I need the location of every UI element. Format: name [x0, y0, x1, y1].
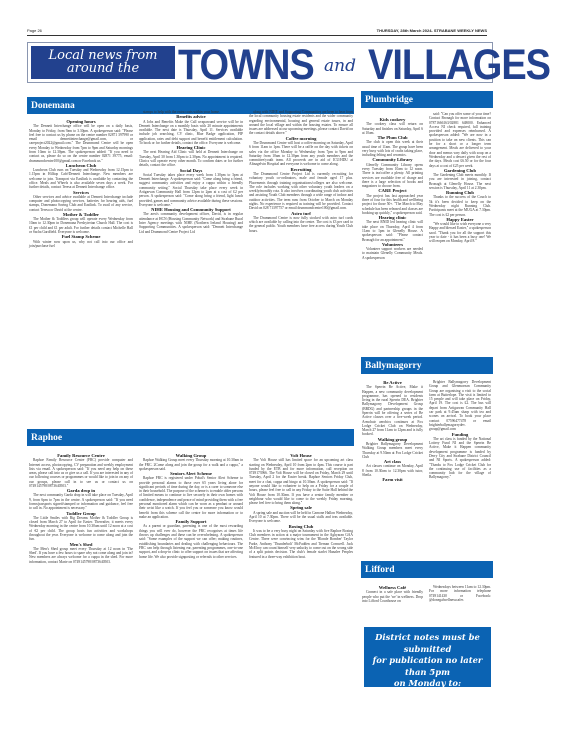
article-body: A Jobs and Benefits Make the Call wrapar… — [139, 120, 243, 146]
article-heading: Farm visit — [362, 477, 423, 482]
article-body: "We would like to wish everyone a very H… — [429, 222, 491, 243]
article-body: The area's community development officer… — [139, 212, 243, 233]
article-body: The Gardening Club meets monthly. If you… — [429, 173, 491, 190]
dateline: THURSDAY, 28th March 2024- STRABANE WEEK… — [377, 28, 487, 33]
article-body: Other services and advice available at D… — [29, 195, 133, 212]
article-body: The next community Garda drop in will ta… — [29, 493, 133, 510]
notice-line-3: on Monday to: — [364, 678, 491, 690]
donemana-column-2: stamps to help with the extra costs with… — [139, 110, 243, 234]
article-body: The Drummond Centre Project Ltd is curre… — [249, 172, 353, 211]
masthead-banner: Local news from around the TOWNS and VIL… — [27, 42, 493, 83]
article-body: It was to be a very busy night on Saturd… — [249, 529, 353, 559]
article-body: Raphoe Walking Group meet every Thursday… — [139, 458, 243, 471]
plumbridge-column-2: said: "Can you offer some of your time? … — [429, 112, 491, 244]
article-body: Brighter Ballymagorry Development Group … — [429, 380, 491, 432]
article-body: With winter now upon us, why not call in… — [29, 240, 133, 249]
page-header: Page 26 THURSDAY, 28th March 2024- STRAB… — [27, 26, 487, 36]
article-body: Raphoe FRC is registered under Pobal's S… — [139, 476, 243, 519]
article-body: The Dennett Interchange office will be o… — [29, 124, 133, 163]
article-body: The Drummond Centre is now fully stocked… — [249, 216, 353, 233]
article-body: Art classes continue on Monday, April 8 … — [362, 464, 423, 477]
masthead-villages: VILLAGES — [368, 42, 550, 90]
page-number: Page 26 — [27, 28, 42, 33]
article-body: A spring sale and auction will be held i… — [249, 511, 353, 524]
article-body: The project has fast approached year thr… — [362, 194, 423, 215]
article-body: Luncheon Club runs on Tuesday and Wednes… — [29, 168, 133, 189]
article-body: The Mother & Toddlers group will operate… — [29, 217, 133, 234]
article-body: The Drummond Centre will host a coffee m… — [249, 141, 353, 167]
section-header-ballymagorry: Ballymagorry — [361, 357, 493, 374]
lifford-column-1: Wellness CaféConnect in a safe place wit… — [362, 585, 423, 603]
submission-notice-box: District notes must be submitted for pub… — [364, 627, 491, 687]
article-body: The Men's Shed group meet every Thursday… — [29, 547, 133, 564]
lifford-column-2: Wednesdays between 11am to 12.30pm. For … — [429, 585, 491, 602]
masthead-tagline: Local news from around the — [31, 46, 175, 79]
article-body: Thanks to the success of the Couch to 5k… — [429, 195, 491, 216]
notice-line-2: for publication no later than 5pm — [364, 655, 491, 678]
notice-line-1: District notes must be submitted — [364, 632, 491, 655]
notice-email-link[interactable]: news@strabaneweekly.co.uk — [364, 690, 491, 702]
plumbridge-column-1: Kids cookeryThe cookery class will retur… — [362, 117, 423, 260]
article-body: The art class is funded by the National … — [429, 437, 491, 480]
raphoe-column-1: Family Resource CentreRaphoe Family Reso… — [29, 453, 133, 564]
article-body: Brighter Ballymagorry Development Walkin… — [362, 442, 423, 459]
article-body: The Sperrin Be Active, Make it Happen, a… — [362, 385, 423, 437]
section-header-lifford: Lifford — [361, 561, 493, 578]
article-body: Wednesdays between 11am to 12.30pm. For … — [429, 585, 491, 602]
article-body: Connect in a safe place with friendly pe… — [362, 590, 423, 603]
article-body: As a parent or guardian, parenting is on… — [139, 524, 243, 558]
article-body: The club is open this week at their usua… — [362, 140, 423, 157]
article-body: Glenelly Community Library opens every T… — [362, 163, 423, 189]
raphoe-column-2: Walking GroupRaphoe Walking Group meet e… — [139, 453, 243, 559]
article-body: said: "Can you offer some of your time? … — [429, 112, 491, 168]
article-body: The Volt House still has limited space f… — [249, 458, 353, 505]
article-body: Social Tuesday takes place every week fr… — [139, 173, 243, 207]
donemana-column-3: along with NIHE and Supporting Communiti… — [249, 110, 353, 233]
raphoe-column-3: Volt HouseThe Volt House still has limit… — [249, 453, 353, 559]
ballymagorry-column-1: Be ActiveThe Sperrin Be Active, Make it … — [362, 380, 423, 482]
section-header-plumbridge: Plumbridge — [361, 91, 493, 108]
masthead-and: and — [324, 56, 356, 76]
tagline-line-2: around the — [31, 62, 175, 75]
donemana-column-1: Opening hoursThe Dennett Interchange off… — [29, 119, 133, 248]
article-body: Volunteer support workers are needed to … — [362, 247, 423, 260]
article-body: The Little Smiles with Big Dreams Mother… — [29, 516, 133, 542]
ballymagorry-column-2: Brighter Ballymagorry Development Group … — [429, 380, 491, 480]
section-header-raphoe: Raphoe — [27, 429, 354, 446]
article-body: along with NIHE and Supporting Communiti… — [249, 110, 353, 136]
article-body: The cookery class will return on Saturda… — [362, 122, 423, 135]
article-body: The next RNID led hearing clinic will ta… — [362, 220, 423, 241]
article-body: The next Hearing Aid Clinic will held at… — [139, 150, 243, 167]
masthead-towns: TOWNS — [178, 42, 314, 90]
article-body: Raphoe Family Resource Centre (FRC) prov… — [29, 458, 133, 488]
